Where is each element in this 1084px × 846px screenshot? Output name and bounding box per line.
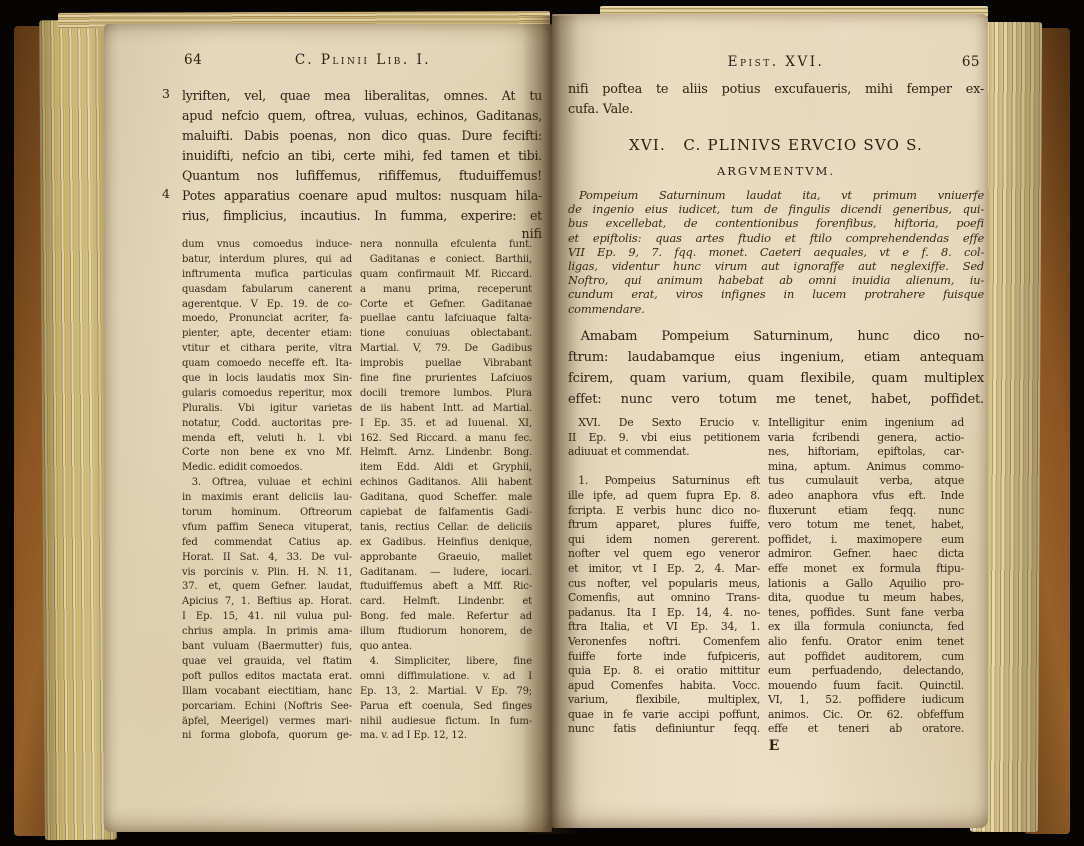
text-line: ma. v. ad I Ep. 12, 12. bbox=[360, 729, 532, 744]
commentary-column-1: dum vnus comoedus induce-batur, interdum… bbox=[182, 238, 352, 744]
text-line: tanis, rectius Cellar. de deliciis bbox=[360, 521, 532, 536]
text-line: dita, quodue tu meum habes, bbox=[768, 591, 964, 606]
text-line: gularis comoedus reperitur, mox bbox=[182, 387, 352, 402]
text-line: adiuuat et commendat. bbox=[568, 445, 760, 460]
text-line: Gaditanam. — ludere, iocari. bbox=[360, 566, 532, 581]
text-line: pienter, apte, decenter etiam: bbox=[182, 327, 352, 342]
text-line: nera nonnulla efculenta funt. bbox=[360, 238, 532, 253]
text-line: Illam vocabant eiectitiam, hanc bbox=[182, 685, 352, 700]
text-line: in maximis erant deliciis lau- bbox=[182, 491, 352, 506]
text-line: Intelligitur enim ingenium ad bbox=[768, 416, 964, 431]
text-line: mina, aptum. Animus commo- bbox=[768, 460, 964, 475]
text-line: XVI. De Sexto Erucio v. bbox=[568, 416, 760, 431]
text-line: vtitur et cithara perite, vltra bbox=[182, 342, 352, 357]
text-line: effet: nunc vero totum me tenet, habet, … bbox=[568, 389, 984, 410]
text-line: ftrum: laudabamque eius ingenium, etiam … bbox=[568, 347, 984, 368]
text-line: varium, flexibile, multiplex, bbox=[568, 693, 760, 708]
text-line: 162. Sed Riccard. a manu fec. bbox=[360, 432, 532, 447]
text-line: echinos Gaditanos. Alii habent bbox=[360, 476, 532, 491]
text-line: agerentque. V Ep. 19. de co- bbox=[182, 298, 352, 313]
text-line: puellae cantu lafciuaque falta- bbox=[360, 312, 532, 327]
text-line: tus cumulauit verba, atque bbox=[768, 474, 964, 489]
text-line: inuidifti, nefcio an tibi, certe mihi, f… bbox=[182, 146, 542, 166]
text-line: Amabam Pompeium Saturninum, hunc dico no… bbox=[568, 326, 984, 347]
text-line: Comenfis, aut omnino Trans- bbox=[568, 591, 760, 606]
text-line: item Edd. Aldi et Gryphii, bbox=[360, 461, 532, 476]
text-line: mouendo fuum facit. Quinctil. bbox=[768, 679, 964, 694]
text-line bbox=[568, 460, 760, 475]
text-line: adeo anaphora vfus eft. Inde bbox=[768, 489, 964, 504]
text-line: ftrum apparet, plures fuiffe, bbox=[568, 518, 760, 533]
text-line: fed commendat Catius ap. bbox=[182, 536, 352, 551]
text-line: Corte et Gefner. Gaditanae bbox=[360, 298, 532, 313]
text-line: eum perfuadendo, delectando, bbox=[768, 664, 964, 679]
text-line: Quantum nos lufiffemus, rififfemus, ftud… bbox=[182, 166, 542, 186]
text-line: vis porcinis v. Plin. H. N. 11, bbox=[182, 566, 352, 581]
text-line: docili tremore lumbos. Plura bbox=[360, 387, 532, 402]
text-line: dum vnus comoedus induce- bbox=[182, 238, 352, 253]
text-line: fluxerunt etiam feqq. nunc bbox=[768, 504, 964, 519]
text-line: fcripta. E verbis hunc dico no- bbox=[568, 504, 760, 519]
text-line: chrius ampla. In primis ama- bbox=[182, 625, 352, 640]
text-line: quia Ep. 8. ei oratio mittitur bbox=[568, 664, 760, 679]
text-line: illum ftudiorum honorem, de bbox=[360, 625, 532, 640]
text-line: apud Comenfes habita. Vocc. bbox=[568, 679, 760, 694]
text-line: cufa. Vale. bbox=[568, 100, 984, 120]
text-line: Apicius 7, 1. Beftius ap. Horat. bbox=[182, 595, 352, 610]
left-page: 64 C. Plinii Lib. I. 3 4 lyriften, vel, … bbox=[104, 24, 552, 832]
text-line: nes, hiftoriam, epiftolas, car- bbox=[768, 445, 964, 460]
text-line: quae vel grauida, vel ftatim bbox=[182, 655, 352, 670]
text-line: ni forma globofa, quorum ge- bbox=[182, 729, 352, 744]
main-text-section-3: lyriften, vel, quae mea liberalitas, omn… bbox=[182, 86, 542, 186]
text-line: ftuduiffemus abeft a Mff. Ric- bbox=[360, 580, 532, 595]
text-line: torum hominum. Oftreorum bbox=[182, 506, 352, 521]
right-page-header: Epist. XVI. 65 bbox=[568, 54, 984, 72]
text-line: batur, interdum plures, qui ad bbox=[182, 253, 352, 268]
text-line: 4. Simpliciter, libere, fine bbox=[360, 655, 532, 670]
text-line: quam comoedo neceffe eft. Ita- bbox=[182, 357, 352, 372]
text-line: VI, 1, 52. poffidere iudicum bbox=[768, 693, 964, 708]
text-line: Bong. fed male. Refertur ad bbox=[360, 610, 532, 625]
text-line: ex Gadibus. Heinfius denique, bbox=[360, 536, 532, 551]
text-line: Pluralis. Vbi igitur varietas bbox=[182, 402, 352, 417]
text-line: de ingenio eius iudicet, tum de fingulis… bbox=[568, 202, 984, 216]
text-line: Parua eft coenula, Sed finges bbox=[360, 700, 532, 715]
text-line: padanus. Ita I Ep. 14, 4. no- bbox=[568, 606, 760, 621]
text-line: omni diffimulatione. v. ad I bbox=[360, 670, 532, 685]
text-line: notatur, Codd. auctoritas pre- bbox=[182, 417, 352, 432]
text-line: nihil audiesue fictum. In fum- bbox=[360, 715, 532, 730]
text-line: porcariam. Echini (Noftris See- bbox=[182, 700, 352, 715]
letter-16-body: Amabam Pompeium Saturninum, hunc dico no… bbox=[568, 326, 984, 410]
text-line: ftra Italia, et VI Ep. 34, 1. bbox=[568, 620, 760, 635]
text-line: Medic. edidit comoedos. bbox=[182, 461, 352, 476]
commentary-column-1: XVI. De Sexto Erucio v.II Ep. 9. vbi eiu… bbox=[568, 416, 760, 737]
running-header-right: Epist. XVI. bbox=[568, 54, 984, 70]
text-line: fcirem, quam varium, quam flexibile, qua… bbox=[568, 368, 984, 389]
text-line: 3. Oftrea, vuluae et echini bbox=[182, 476, 352, 491]
text-line: lyriften, vel, quae mea liberalitas, omn… bbox=[182, 86, 542, 106]
text-line: tione conuiuas oblectabant. bbox=[360, 327, 532, 342]
letter-16-heading: XVI. C. PLINIVS ERVCIO SVO S. bbox=[568, 136, 984, 154]
text-line: fuiffe forte inde fufpiceris, bbox=[568, 650, 760, 665]
text-line: tenes, poffides. Sunt fane verba bbox=[768, 606, 964, 621]
text-line: Ep. 13, 2. Martial. V Ep. 79; bbox=[360, 685, 532, 700]
page-number-left: 64 bbox=[184, 52, 202, 68]
text-line: 1. Pompeius Saturninus eft bbox=[568, 474, 760, 489]
text-line: poft pullos editos mactata erat. bbox=[182, 670, 352, 685]
text-line: nunc fatis definiuntur feqq. bbox=[568, 722, 760, 737]
argument-heading: ARGVMENTVM. bbox=[568, 164, 984, 178]
text-line: qui idem nomen gererent. bbox=[568, 533, 760, 548]
text-line: aut poffidet auditorem, cum bbox=[768, 650, 964, 665]
text-line: cundum erat, viros infignes in lucem pro… bbox=[568, 287, 984, 301]
section-number-3: 3 bbox=[162, 86, 170, 101]
text-line: Gaditana, quod Scheffer. male bbox=[360, 491, 532, 506]
signature-mark: E bbox=[568, 738, 980, 754]
text-line: que in locis laudatis mox Sin- bbox=[182, 372, 352, 387]
text-line: I Ep. 35. et ad Iuuenal. XI, bbox=[360, 417, 532, 432]
text-line: ex illa formula coniuncta, fed bbox=[768, 620, 964, 635]
text-line: nofter vel quem ego veneror bbox=[568, 547, 760, 562]
text-line: capiebat de falfamentis Gadi- bbox=[360, 506, 532, 521]
text-line: Horat. II Sat. 4, 33. De vul- bbox=[182, 551, 352, 566]
text-line: rius, fimplicius, incautius. In fumma, e… bbox=[182, 206, 542, 226]
page-number-right: 65 bbox=[962, 54, 980, 70]
text-line: 37. et, quem Gefner. laudat, bbox=[182, 580, 352, 595]
text-line: effe monet ex formula ftipu- bbox=[768, 562, 964, 577]
text-line: nifi poftea te aliis potius excufaueris,… bbox=[568, 80, 984, 100]
argument-text: Pompeium Saturninum laudat ita, vt primu… bbox=[568, 188, 984, 316]
text-line: vfum paffim Seneca vituperat, bbox=[182, 521, 352, 536]
text-line: ligas, videntur hunc virum aut ignoraffe… bbox=[568, 259, 984, 273]
text-line: apud nefcio quem, oftrea, vuluas, echino… bbox=[182, 106, 542, 126]
text-line: moedo, Pronunciat acriter, fa- bbox=[182, 312, 352, 327]
text-line: Martial. V, 79. De Gadibus bbox=[360, 342, 532, 357]
text-line: quae in fe varie accipi poffunt, bbox=[568, 708, 760, 723]
text-line: quasdam fabularum canerent bbox=[182, 283, 352, 298]
text-line: menda eft, veluti h. l. vbi bbox=[182, 432, 352, 447]
text-line: admiror. Gefner. haec dicta bbox=[768, 547, 964, 562]
text-line: maluifti. Dabis poenas, non dico quas. D… bbox=[182, 126, 542, 146]
text-line: et imitor, vt I Ep. 2, 4. Mar- bbox=[568, 562, 760, 577]
main-text-section-4: Potes apparatius coenare apud multos: nu… bbox=[182, 186, 542, 226]
text-line: lationis a Gallo Aquilio pro- bbox=[768, 577, 964, 592]
text-line: animos. Cic. Or. 62. obfeffum bbox=[768, 708, 964, 723]
text-line: bant vuluam (Baermutter) fuis, bbox=[182, 640, 352, 655]
text-line: Potes apparatius coenare apud multos: nu… bbox=[182, 186, 542, 206]
left-page-header: 64 C. Plinii Lib. I. bbox=[182, 52, 544, 70]
text-line: et epiftolis: quas artes ftudio et ftilo… bbox=[568, 231, 984, 245]
commentary-column-2: Intelligitur enim ingenium advaria fcrib… bbox=[768, 416, 964, 737]
running-header-left: C. Plinii Lib. I. bbox=[182, 52, 544, 68]
section-number-4: 4 bbox=[162, 186, 170, 201]
text-line: Pompeium Saturninum laudat ita, vt primu… bbox=[568, 188, 984, 202]
text-line: commendare. bbox=[568, 302, 984, 316]
text-line: Corte non bene ex vno Mf. bbox=[182, 446, 352, 461]
text-line: varia fcribendi genera, actio- bbox=[768, 431, 964, 446]
text-line: Veronenfes noftri. Comenfem bbox=[568, 635, 760, 650]
text-line: äpfel, Meerigel) vermes mari- bbox=[182, 715, 352, 730]
text-line: quam confirmauit Mf. Riccard. bbox=[360, 268, 532, 283]
text-line: alio fenfu. Orator enim tenet bbox=[768, 635, 964, 650]
text-line: VII Ep. 9, 7. fqq. monet. Caeteri aequal… bbox=[568, 245, 984, 259]
right-page: Epist. XVI. 65 nifi poftea te aliis poti… bbox=[552, 14, 988, 828]
text-line: improbis puellae Vibrabant bbox=[360, 357, 532, 372]
text-line: approbante Graeuio, mallet bbox=[360, 551, 532, 566]
text-line: I Ep. 15, 41. nil vulua pul- bbox=[182, 610, 352, 625]
text-line: Noftro, qui animum habebat ab omni inuid… bbox=[568, 273, 984, 287]
text-line: Gaditanas e coniect. Barthii, bbox=[360, 253, 532, 268]
text-line: II Ep. 9. vbi eius petitionem bbox=[568, 431, 760, 446]
letter-15-ending: nifi poftea te aliis potius excufaueris,… bbox=[568, 80, 984, 120]
text-line: inftrumenta mufica particulas bbox=[182, 268, 352, 283]
text-line: fine fine prurientes Lafciuos bbox=[360, 372, 532, 387]
text-line: ille ipfe, ad quem fupra Ep. 8. bbox=[568, 489, 760, 504]
text-line: effe et teneri ab oratore. bbox=[768, 722, 964, 737]
text-line: poffidet, i. maximopere eum bbox=[768, 533, 964, 548]
commentary-column-2: nera nonnulla efculenta funt. Gaditanas … bbox=[360, 238, 532, 744]
text-line: vero totum me tenet, habet, bbox=[768, 518, 964, 533]
text-line: quo antea. bbox=[360, 640, 532, 655]
text-line: Helmft. Arnz. Lindenbr. Bong. bbox=[360, 446, 532, 461]
text-line: card. Helmft. Lindenbr. et bbox=[360, 595, 532, 610]
text-line: de iis habent Intt. ad Martial. bbox=[360, 402, 532, 417]
text-line: cus nofter, vel popularis meus, bbox=[568, 577, 760, 592]
text-line: a manu prima, receperunt bbox=[360, 283, 532, 298]
book-photo: 64 C. Plinii Lib. I. 3 4 lyriften, vel, … bbox=[0, 0, 1084, 846]
text-line: bus excellebat, de contentionibus forenf… bbox=[568, 216, 984, 230]
